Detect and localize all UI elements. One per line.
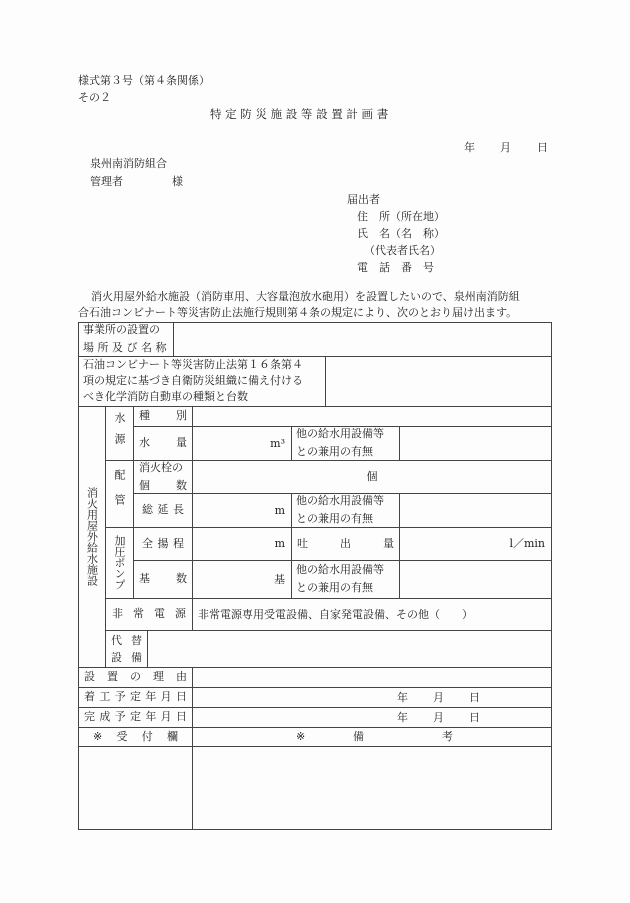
remarks-column-label: ※ 備 考 — [193, 727, 551, 746]
addressee-org: 泉州南消防組合 — [90, 158, 167, 169]
piping-shared-use-field[interactable] — [400, 494, 551, 527]
discharge-field[interactable]: l／min — [400, 528, 551, 560]
hydrant-count-field[interactable]: 個 — [193, 461, 551, 493]
completion-date-label: 完成予定年月日 — [79, 707, 192, 727]
form-sub-number: その２ — [78, 92, 111, 103]
notifier-phone: 電 話 番 号 — [357, 262, 434, 273]
date-year: 年 — [464, 142, 475, 153]
discharge-label: 吐出量 — [292, 527, 399, 560]
reception-column-label: ※受付欄 — [79, 727, 192, 746]
total-length-field[interactable]: m — [193, 494, 291, 527]
reception-field[interactable] — [79, 747, 192, 829]
pump-shared-use-field[interactable] — [400, 561, 551, 598]
addressee-honorific: 様 — [172, 176, 183, 187]
installation-reason-field[interactable] — [193, 668, 551, 687]
intro-line-1: 消火用屋外給水施設（消防車用、大容量泡放水砲用）を設置したいので、泉州南消防組 — [91, 291, 520, 302]
document-title: 特 定 防 災 施 設 等 設 置 計 画 書 — [210, 109, 388, 121]
water-volume-field[interactable]: m³ — [193, 427, 291, 460]
pump-count-field[interactable]: 基 — [193, 561, 291, 598]
installation-reason-label: 設置の理由 — [79, 667, 192, 687]
chemical-fire-vehicle-label: 石油コンビナート等災害防止法第１６条第４ 項の規定に基づき自衛防災組織に備え付け… — [79, 356, 325, 406]
total-head-field[interactable]: m — [193, 528, 291, 560]
type-label: 種別 — [134, 406, 192, 426]
date-day: 日 — [537, 142, 548, 153]
construction-start-field[interactable]: 年 月 日 — [193, 688, 551, 707]
notifier-label: 届出者 — [347, 194, 380, 205]
total-head-label: 全揚程 — [134, 527, 192, 560]
water-type-field[interactable] — [193, 407, 551, 426]
form-number: 様式第３号（第４条関係） — [78, 75, 210, 86]
fire-water-facility-label: 消火用屋外給水施設 — [79, 406, 105, 667]
remarks-field[interactable] — [193, 747, 551, 829]
pump-shared-use-label: 他の給水用設備等との兼用の有無 — [292, 560, 399, 598]
volume-shared-use-field[interactable] — [400, 427, 551, 460]
intro-line-2: 合石油コンビナート等災害防止法施行規則第４条の規定により、次のとおり届け出ます。 — [78, 307, 517, 318]
piping-label: 配管 — [106, 460, 133, 527]
notifier-representative: （代表者氏名） — [364, 245, 441, 256]
date-month: 月 — [500, 142, 511, 153]
volume-label: 水量 — [134, 426, 192, 460]
notifier-address: 住 所（所在地） — [357, 211, 445, 222]
volume-shared-use-label: 他の給水用設備等との兼用の有無 — [292, 426, 399, 460]
water-source-label: 水源 — [106, 406, 133, 460]
emergency-power-label: 非常電源 — [106, 598, 192, 630]
chemical-fire-vehicle-field[interactable] — [326, 357, 551, 406]
pump-count-label: 基数 — [134, 560, 192, 598]
office-location-label: 事業所の設置の 場 所 及 び 名 称 — [79, 322, 173, 356]
alternate-equipment-field[interactable] — [148, 631, 551, 667]
emergency-power-field[interactable]: 非常電源専用受電設備、自家発電設備、その他（ ） — [193, 599, 551, 630]
hydrant-count-label: 消火栓の 個数 — [134, 460, 192, 493]
notifier-name: 氏 名（名 称） — [357, 228, 445, 239]
addressee-title: 管理者 — [90, 176, 123, 187]
alternate-equipment-label: 代替 設備 — [106, 630, 147, 667]
construction-start-label: 着工予定年月日 — [79, 687, 192, 707]
piping-shared-use-label: 他の給水用設備等との兼用の有無 — [292, 493, 399, 527]
total-length-label: 総延長 — [134, 493, 192, 527]
completion-date-field[interactable]: 年 月 日 — [193, 708, 551, 727]
booster-pump-label: 加圧ポンプ — [106, 527, 133, 598]
office-location-field[interactable] — [174, 323, 551, 356]
